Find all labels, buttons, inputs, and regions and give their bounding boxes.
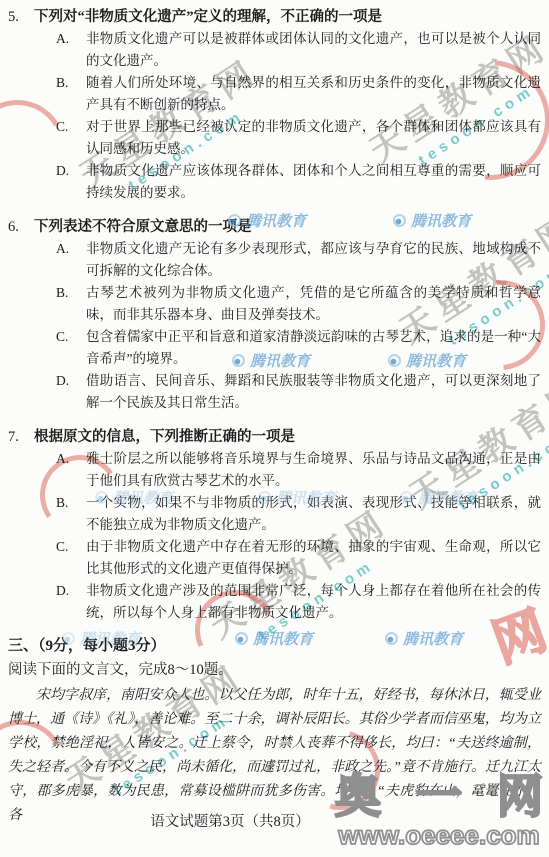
- section-instruction: 阅读下面的文言文，完成8～10题。: [8, 658, 541, 682]
- option-label: B.: [56, 72, 86, 116]
- exam-page: 天星教育网 tesoon.com 天星教育网 tesoon.com 天星教育网 …: [0, 0, 549, 857]
- question-stem: 下列对“非物质文化遗产”定义的理解，不正确的一项是: [34, 6, 541, 28]
- question-5: 5. 下列对“非物质文化遗产”定义的理解，不正确的一项是 A. 非物质文化遗产可…: [8, 6, 541, 204]
- section-heading: 三、（9分，每小题3分）: [8, 634, 541, 658]
- option-text: 对于世界上那些已经被认定的非物质文化遗产，各个群体和团体都应该具有认同感和历史感…: [86, 116, 541, 160]
- question-number: 5.: [8, 6, 34, 28]
- option-label: D.: [56, 580, 86, 624]
- option-text: 一个实物，如果不与非物质的形式，如表演、表现形式、技能等相联系，就不能独立成为非…: [86, 492, 541, 536]
- question-stem: 下列表述不符合原文意思的一项是: [34, 216, 541, 238]
- option-row-d: D. 非物质文化遗产应该体现各群体、团体和个人之间相互尊重的需要，顺应可持续发展…: [56, 160, 541, 204]
- option-row-c: C. 对于世界上那些已经被认定的非物质文化遗产，各个群体和团体都应该具有认同感和…: [56, 116, 541, 160]
- option-text: 非物质文化遗产无论有多少表现形式，都应该与孕育它的民族、地域构成不可拆解的文化综…: [86, 238, 541, 282]
- option-label: C.: [56, 536, 86, 580]
- option-text: 非物质文化遗产应该体现各群体、团体和个人之间相互尊重的需要，顺应可持续发展的要求…: [86, 160, 541, 204]
- option-row-a: A. 非物质文化遗产可以是被群体或团体认同的文化遗产，也可以是被个人认同的文化遗…: [56, 28, 541, 72]
- question-number: 6.: [8, 216, 34, 238]
- option-row-b: B. 一个实物，如果不与非物质的形式，如表演、表现形式、技能等相联系，就不能独立…: [56, 492, 541, 536]
- option-row-d: D. 借助语言、民间音乐、舞蹈和民族服装等非物质文化遗产，可以更深刻地了解一个民…: [56, 370, 541, 414]
- page-footer: 语文试题第3页（共8页）: [0, 810, 460, 831]
- option-row-b: B. 随着人们所处环境、与自然界的相互关系和历史条件的变化，非物质文化遗产具有不…: [56, 72, 541, 116]
- exam-content: 5. 下列对“非物质文化遗产”定义的理解，不正确的一项是 A. 非物质文化遗产可…: [0, 0, 549, 828]
- option-label: A.: [56, 448, 86, 492]
- option-row-a: A. 非物质文化遗产无论有多少表现形式，都应该与孕育它的民族、地域构成不可拆解的…: [56, 238, 541, 282]
- option-row-c: C. 包含着儒家中正平和旨意和道家清静淡远韵味的古琴艺术，追求的是一种“大音希声…: [56, 326, 541, 370]
- option-row-c: C. 由于非物质文化遗产中存在着无形的环境、抽象的宇宙观、生命观，所以它比其他形…: [56, 536, 541, 580]
- option-text: 随着人们所处环境、与自然界的相互关系和历史条件的变化，非物质文化遗产具有不断创新…: [86, 72, 541, 116]
- option-text: 包含着儒家中正平和旨意和道家清静淡远韵味的古琴艺术，追求的是一种“大音希声”的境…: [86, 326, 541, 370]
- option-text: 非物质文化遗产涉及的范围非常广泛，每个人身上都存在着他所在社会的传统，所以每个人…: [86, 580, 541, 624]
- option-label: D.: [56, 160, 86, 204]
- option-label: C.: [56, 116, 86, 160]
- option-text: 借助语言、民间音乐、舞蹈和民族服装等非物质文化遗产，可以更深刻地了解一个民族及其…: [86, 370, 541, 414]
- option-label: B.: [56, 492, 86, 536]
- option-row-d: D. 非物质文化遗产涉及的范围非常广泛，每个人身上都存在着他所在社会的传统，所以…: [56, 580, 541, 624]
- question-stem: 根据原文的信息，下列推断正确的一项是: [34, 426, 541, 448]
- option-text: 古琴艺术被列为非物质文化遗产，凭借的是它所蕴含的美学特质和哲学意味，而非其乐器本…: [86, 282, 541, 326]
- option-text: 由于非物质文化遗产中存在着无形的环境、抽象的宇宙观、生命观，所以它比其他形式的文…: [86, 536, 541, 580]
- question-6: 6. 下列表述不符合原文意思的一项是 A. 非物质文化遗产无论有多少表现形式，都…: [8, 216, 541, 414]
- option-label: D.: [56, 370, 86, 414]
- option-text: 非物质文化遗产可以是被群体或团体认同的文化遗产，也可以是被个人认同的文化遗产。: [86, 28, 541, 72]
- option-row-a: A. 雅士阶层之所以能够将音乐境界与生命境界、乐品与诗品文品沟通，正是由于他们具…: [56, 448, 541, 492]
- option-label: B.: [56, 282, 86, 326]
- classical-passage: 宋均字叔庠，南阳安众人也。以父任为郎，时年十五，好经书，每休沐日，辄受业博士，通…: [8, 684, 541, 828]
- question-7: 7. 根据原文的信息，下列推断正确的一项是 A. 雅士阶层之所以能够将音乐境界与…: [8, 426, 541, 624]
- option-row-b: B. 古琴艺术被列为非物质文化遗产，凭借的是它所蕴含的美学特质和哲学意味，而非其…: [56, 282, 541, 326]
- option-text: 雅士阶层之所以能够将音乐境界与生命境界、乐品与诗品文品沟通，正是由于他们具有欣赏…: [86, 448, 541, 492]
- question-number: 7.: [8, 426, 34, 448]
- option-label: A.: [56, 28, 86, 72]
- option-label: C.: [56, 326, 86, 370]
- option-label: A.: [56, 238, 86, 282]
